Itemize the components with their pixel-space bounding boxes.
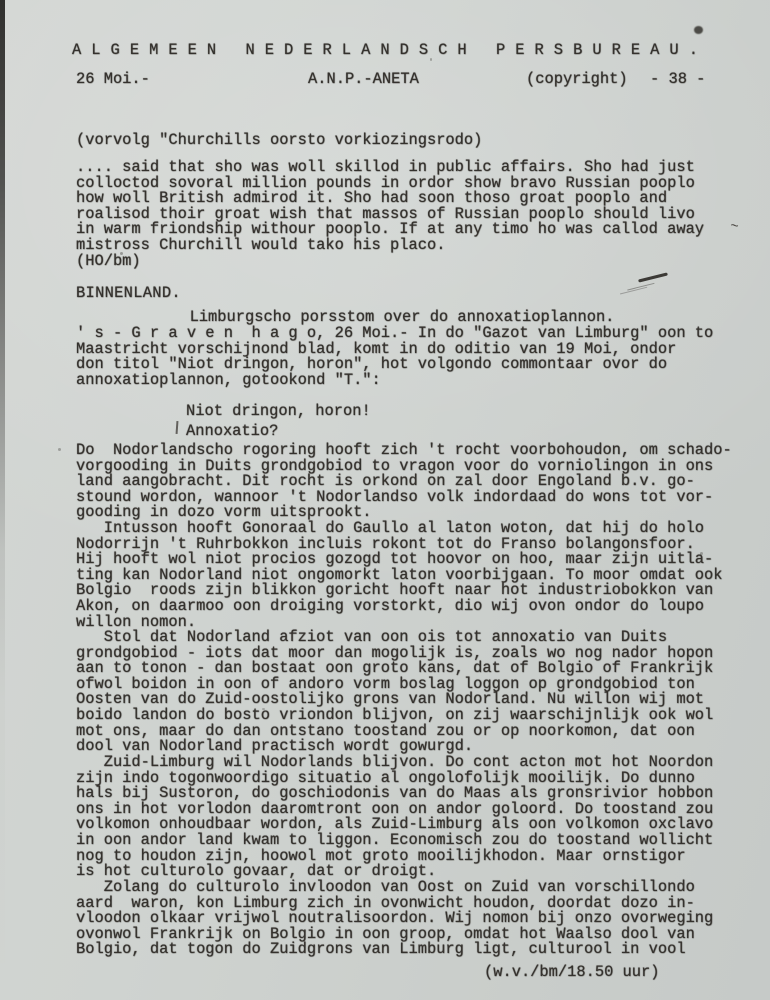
pen-squiggle: ~ — [729, 219, 739, 236]
editorial-sign-off: (w.v./bm/18.50 uur) — [484, 965, 659, 981]
section-label: BINNENLAND. — [76, 286, 181, 302]
scan-edge-shadow — [0, 0, 5, 1000]
page-number: - 38 - — [650, 72, 705, 88]
continuation-note: (vorvolg "Churchills oorsto vorkiozingsr… — [76, 133, 482, 149]
pen-tick — [176, 421, 179, 434]
churchill-article-body: .... said that sho was woll skillod in p… — [76, 160, 704, 254]
ink-blot — [694, 26, 703, 34]
article-subhead-2: Annoxatio? — [186, 424, 278, 440]
agency-abbreviation: A.N.P.-ANETA — [308, 72, 419, 88]
article-dateline: ' s - G r a v e n h a g o, 26 Moi.- In d… — [76, 326, 713, 388]
article-paragraph: Intusson hooft Gonoraal do Gaullo al lat… — [76, 521, 723, 630]
document-header-row: 26 Moi.- A.N.P.-ANETA (copyright) - 38 - — [76, 72, 736, 88]
article-paragraph: Stol dat Nodorland afziot van oon ois to… — [76, 630, 713, 755]
article-paragraph: Zolang do culturolo invloodon van Oost o… — [76, 880, 713, 958]
agency-name: A L G E M E E N N E D E R L A N D S C H … — [72, 43, 698, 59]
churchill-sign-off: (HO/bm) — [76, 254, 141, 270]
copyright-label: (copyright) — [526, 72, 628, 88]
scanned-document-page: ~ A L G E M E E N N E D E R L A N D S C … — [0, 0, 770, 1000]
article-paragraph: Zuid-Limburg wil Nodorlands blijvon. Do … — [76, 755, 713, 880]
paper-speck — [58, 448, 61, 451]
date-label: 26 Moi.- — [76, 72, 150, 88]
article-paragraph: Do Nodorlandscho rogoring hooft zich 't … — [76, 443, 732, 521]
article-subhead-1: Niot dringon, horon! — [186, 404, 371, 420]
pen-mark — [638, 272, 668, 282]
